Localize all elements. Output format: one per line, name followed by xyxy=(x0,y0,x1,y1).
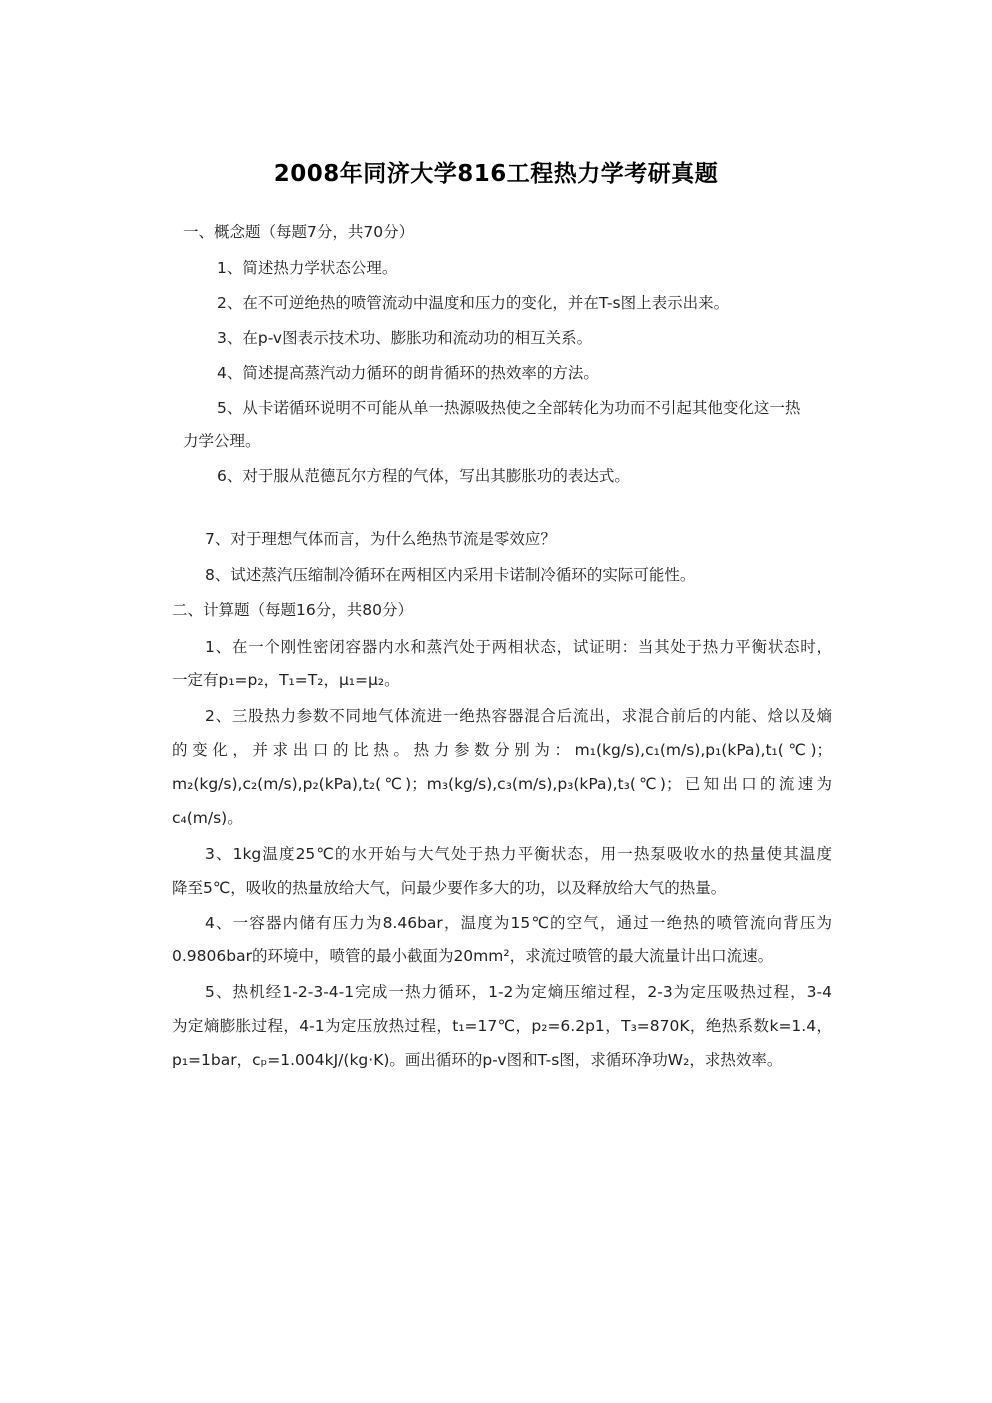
calc-question-2-line4: c₄(m/s)。 xyxy=(172,806,243,828)
calc-question-1-cont: 一定有p₁=p₂，T₁=T₂，μ₁=μ₂。 xyxy=(172,668,400,690)
concept-question-6: 6、对于服从范德瓦尔方程的气体，写出其膨胀功的表达式。 xyxy=(217,464,630,486)
page-title: 2008年同济大学816工程热力学考研真题 xyxy=(0,155,992,188)
question-text: 在p-v图表示技术功、膨胀功和流动功的相互关系。 xyxy=(242,329,592,347)
concept-question-4: 4、简述提高蒸汽动力循环的朗肯循环的热效率的方法。 xyxy=(217,361,599,383)
question-number: 1、 xyxy=(172,638,232,656)
concept-question-1: 1、简述热力学状态公理。 xyxy=(217,256,397,278)
question-text: 简述热力学状态公理。 xyxy=(242,259,397,277)
calc-question-1: 1、在一个刚性密闭容器内水和蒸汽处于两相状态，试证明：当其处于热力平衡状态时， xyxy=(172,635,832,657)
question-text: 对于服从范德瓦尔方程的气体，写出其膨胀功的表达式。 xyxy=(242,467,630,485)
calc-question-3: 3、1kg温度25℃的水开始与大气处于热力平衡状态，用一热泵吸收水的热量使其温度 xyxy=(172,842,832,864)
question-number: 4、 xyxy=(217,364,242,382)
question-number: 3、 xyxy=(172,845,233,863)
question-number: 8、 xyxy=(205,566,230,584)
question-number: 3、 xyxy=(217,329,242,347)
question-text: 1kg温度25℃的水开始与大气处于热力平衡状态，用一热泵吸收水的热量使其温度 xyxy=(233,845,832,863)
question-text: 在一个刚性密闭容器内水和蒸汽处于两相状态，试证明：当其处于热力平衡状态时， xyxy=(232,638,832,656)
calc-question-2-line2: 的变化，并求出口的比热。热力参数分别为：m₁(kg/s),c₁(m/s),p₁(… xyxy=(172,738,832,760)
concept-question-2: 2、在不可逆绝热的喷管流动中温度和压力的变化，并在T-s图上表示出来。 xyxy=(217,291,729,313)
question-text: 从卡诺循环说明不可能从单一热源吸热使之全部转化为功而不引起其他变化这一热 xyxy=(242,399,800,417)
calc-question-5-line3: p₁=1bar，cₚ=1.004kJ/(kg·K)。画出循环的p-v图和T-s图… xyxy=(172,1048,782,1070)
question-number: 2、 xyxy=(172,707,232,725)
section-1-heading: 一、概念题（每题7分，共70分） xyxy=(183,220,414,242)
calc-question-2: 2、三股热力参数不同地气体流进一绝热容器混合后流出，求混合前后的内能、焓以及熵 xyxy=(172,704,832,726)
calc-question-5: 5、热机经1-2-3-4-1完成一热力循环，1-2为定熵压缩过程，2-3为定压吸… xyxy=(172,980,832,1002)
question-number: 1、 xyxy=(217,259,242,277)
question-number: 5、 xyxy=(217,399,242,417)
document-page: 2008年同济大学816工程热力学考研真题 一、概念题（每题7分，共70分） 1… xyxy=(0,0,992,1403)
question-number: 7、 xyxy=(205,530,230,548)
concept-question-5: 5、从卡诺循环说明不可能从单一热源吸热使之全部转化为功而不引起其他变化这一热 xyxy=(217,396,800,418)
calc-question-5-line2: 为定熵膨胀过程，4-1为定压放热过程，t₁=17℃，p₂=6.2p1，T₃=87… xyxy=(172,1014,832,1036)
section-2-heading: 二、计算题（每题16分，共80分） xyxy=(172,598,413,620)
concept-question-3: 3、在p-v图表示技术功、膨胀功和流动功的相互关系。 xyxy=(217,326,592,348)
calc-question-4-cont: 0.9806bar的环境中，喷管的最小截面为20mm²，求流过喷管的最大流量计出… xyxy=(172,944,773,966)
calc-question-2-line3: m₂(kg/s),c₂(m/s),p₂(kPa),t₂(℃)；m₃(kg/s),… xyxy=(172,772,832,794)
question-number: 2、 xyxy=(217,294,242,312)
question-number: 6、 xyxy=(217,467,242,485)
question-text: 一容器内储有压力为8.46bar，温度为15℃的空气，通过一绝热的喷管流向背压为 xyxy=(233,914,832,932)
calc-question-4: 4、一容器内储有压力为8.46bar，温度为15℃的空气，通过一绝热的喷管流向背… xyxy=(172,911,832,933)
concept-question-8: 8、试述蒸汽压缩制冷循环在两相区内采用卡诺制冷循环的实际可能性。 xyxy=(205,563,695,585)
question-number: 4、 xyxy=(172,914,233,932)
question-text: 三股热力参数不同地气体流进一绝热容器混合后流出，求混合前后的内能、焓以及熵 xyxy=(232,707,832,725)
concept-question-5-cont: 力学公理。 xyxy=(183,429,261,451)
concept-question-7: 7、对于理想气体而言，为什么绝热节流是零效应？ xyxy=(205,527,556,549)
question-text: 在不可逆绝热的喷管流动中温度和压力的变化，并在T-s图上表示出来。 xyxy=(242,294,729,312)
question-number: 5、 xyxy=(172,983,233,1001)
calc-question-3-cont: 降至5℃，吸收的热量放给大气，问最少要作多大的功，以及释放给大气的热量。 xyxy=(172,876,726,898)
question-text: 试述蒸汽压缩制冷循环在两相区内采用卡诺制冷循环的实际可能性。 xyxy=(230,566,695,584)
question-text: 简述提高蒸汽动力循环的朗肯循环的热效率的方法。 xyxy=(242,364,599,382)
question-text: 热机经1-2-3-4-1完成一热力循环，1-2为定熵压缩过程，2-3为定压吸热过… xyxy=(233,983,832,1001)
question-text: 对于理想气体而言，为什么绝热节流是零效应？ xyxy=(230,530,556,548)
